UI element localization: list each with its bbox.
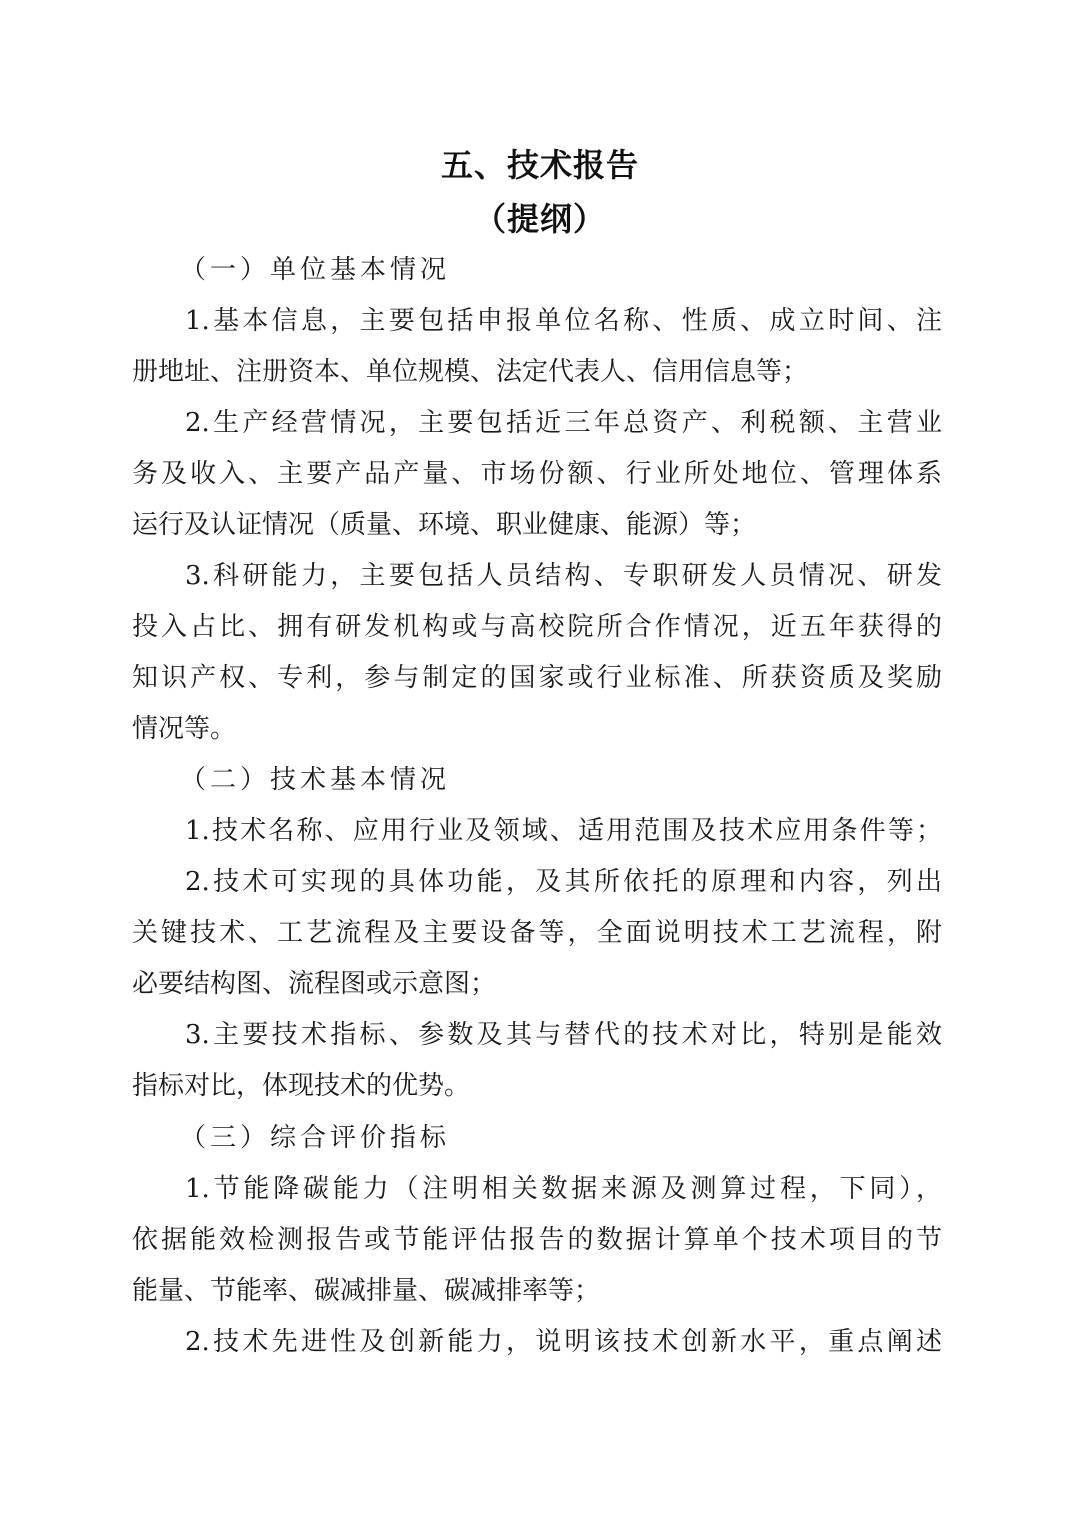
- paragraph-line: 投入占比、拥有研发机构或与高校院所合作情况，近五年获得的: [132, 607, 942, 647]
- paragraph-line: 2.技术可实现的具体功能，及其所依托的原理和内容，列出: [185, 862, 942, 902]
- paragraph-line: 2.技术先进性及创新能力，说明该技术创新水平，重点阐述: [185, 1322, 942, 1362]
- paragraph-line: 能量、节能率、碳减排量、碳减排率等；: [132, 1271, 942, 1311]
- paragraph-line: 关键技术、工艺流程及主要设备等，全面说明技术工艺流程，附: [132, 913, 942, 953]
- paragraph-line: 1.节能降碳能力（注明相关数据来源及测算过程，下同），: [185, 1169, 942, 1209]
- paragraph-line: 3.科研能力，主要包括人员结构、专职研发人员情况、研发: [185, 556, 942, 596]
- paragraph-line: 2.生产经营情况，主要包括近三年总资产、利税额、主营业: [185, 403, 942, 443]
- document-page: 五、技术报告 （提纲） （一）单位基本情况 1.基本信息，主要包括申报单位名称、…: [0, 0, 1080, 1527]
- paragraph-line: 情况等。: [132, 709, 942, 749]
- paragraph-line: 册地址、注册资本、单位规模、法定代表人、信用信息等；: [132, 352, 942, 392]
- paragraph-line: 务及收入、主要产品产量、市场份额、行业所处地位、管理体系: [132, 454, 942, 494]
- paragraph-line: 知识产权、专利，参与制定的国家或行业标准、所获资质及奖励: [132, 658, 942, 698]
- section-heading-1: （一）单位基本情况: [180, 250, 450, 290]
- paragraph-line: 指标对比，体现技术的优势。: [132, 1066, 942, 1106]
- document-subtitle: （提纲）: [0, 194, 1080, 240]
- paragraph-line: 1.基本信息，主要包括申报单位名称、性质、成立时间、注: [185, 301, 942, 341]
- paragraph-line: 3.主要技术指标、参数及其与替代的技术对比，特别是能效: [185, 1015, 942, 1055]
- paragraph-line: 必要结构图、流程图或示意图；: [132, 964, 942, 1004]
- paragraph-line: 1.技术名称、应用行业及领域、适用范围及技术应用条件等；: [185, 811, 942, 851]
- paragraph-line: 运行及认证情况（质量、环境、职业健康、能源）等；: [132, 505, 942, 545]
- section-heading-2: （二）技术基本情况: [180, 760, 450, 800]
- document-title: 五、技术报告: [0, 140, 1080, 186]
- section-heading-3: （三）综合评价指标: [180, 1118, 450, 1158]
- paragraph-line: 依据能效检测报告或节能评估报告的数据计算单个技术项目的节: [132, 1220, 942, 1260]
